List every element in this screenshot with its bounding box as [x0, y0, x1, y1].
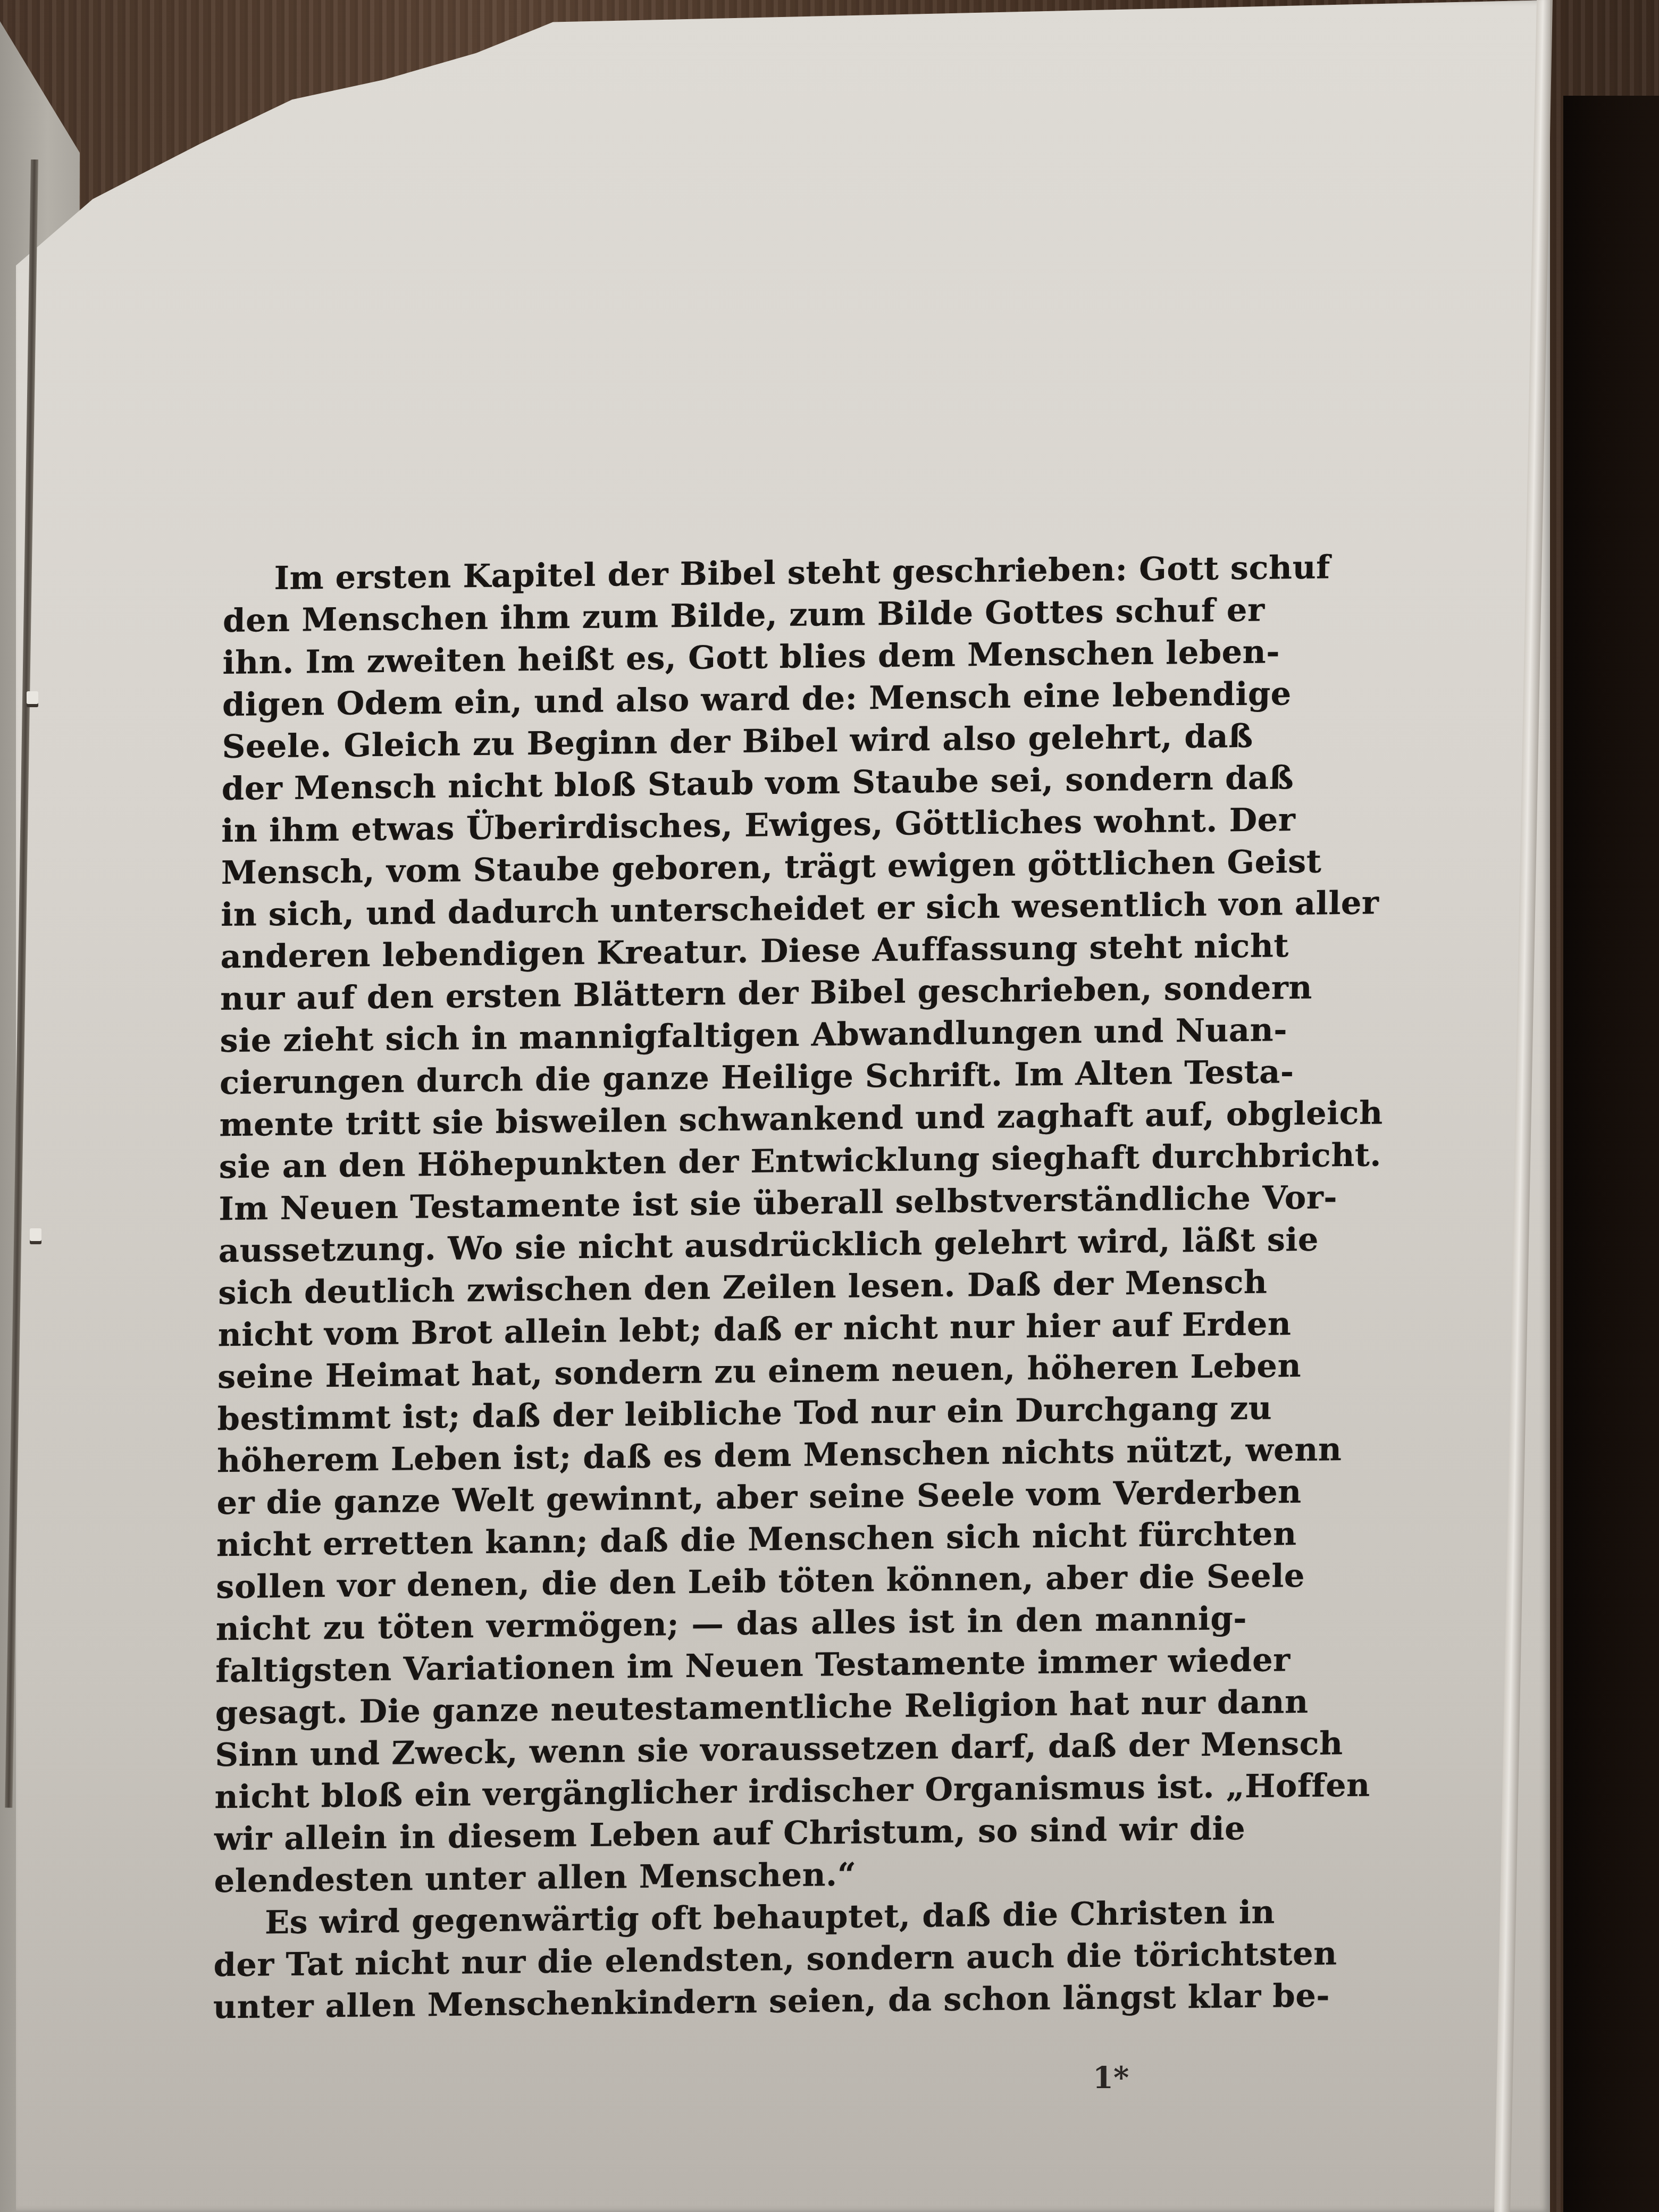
body-text: Im ersten Kapitel der Bibel steht geschr… — [213, 548, 1254, 2029]
page-shadow — [1563, 96, 1659, 2212]
binding-stitch-icon — [30, 1228, 41, 1241]
paragraph-2: Es wird gegenwärtig oft behauptet, daß d… — [213, 1892, 1245, 2029]
binding-stitch-icon — [27, 691, 38, 704]
paragraph-1: Im ersten Kapitel der Bibel steht geschr… — [214, 548, 1254, 1903]
signature-mark: 1* — [1093, 2060, 1129, 2096]
